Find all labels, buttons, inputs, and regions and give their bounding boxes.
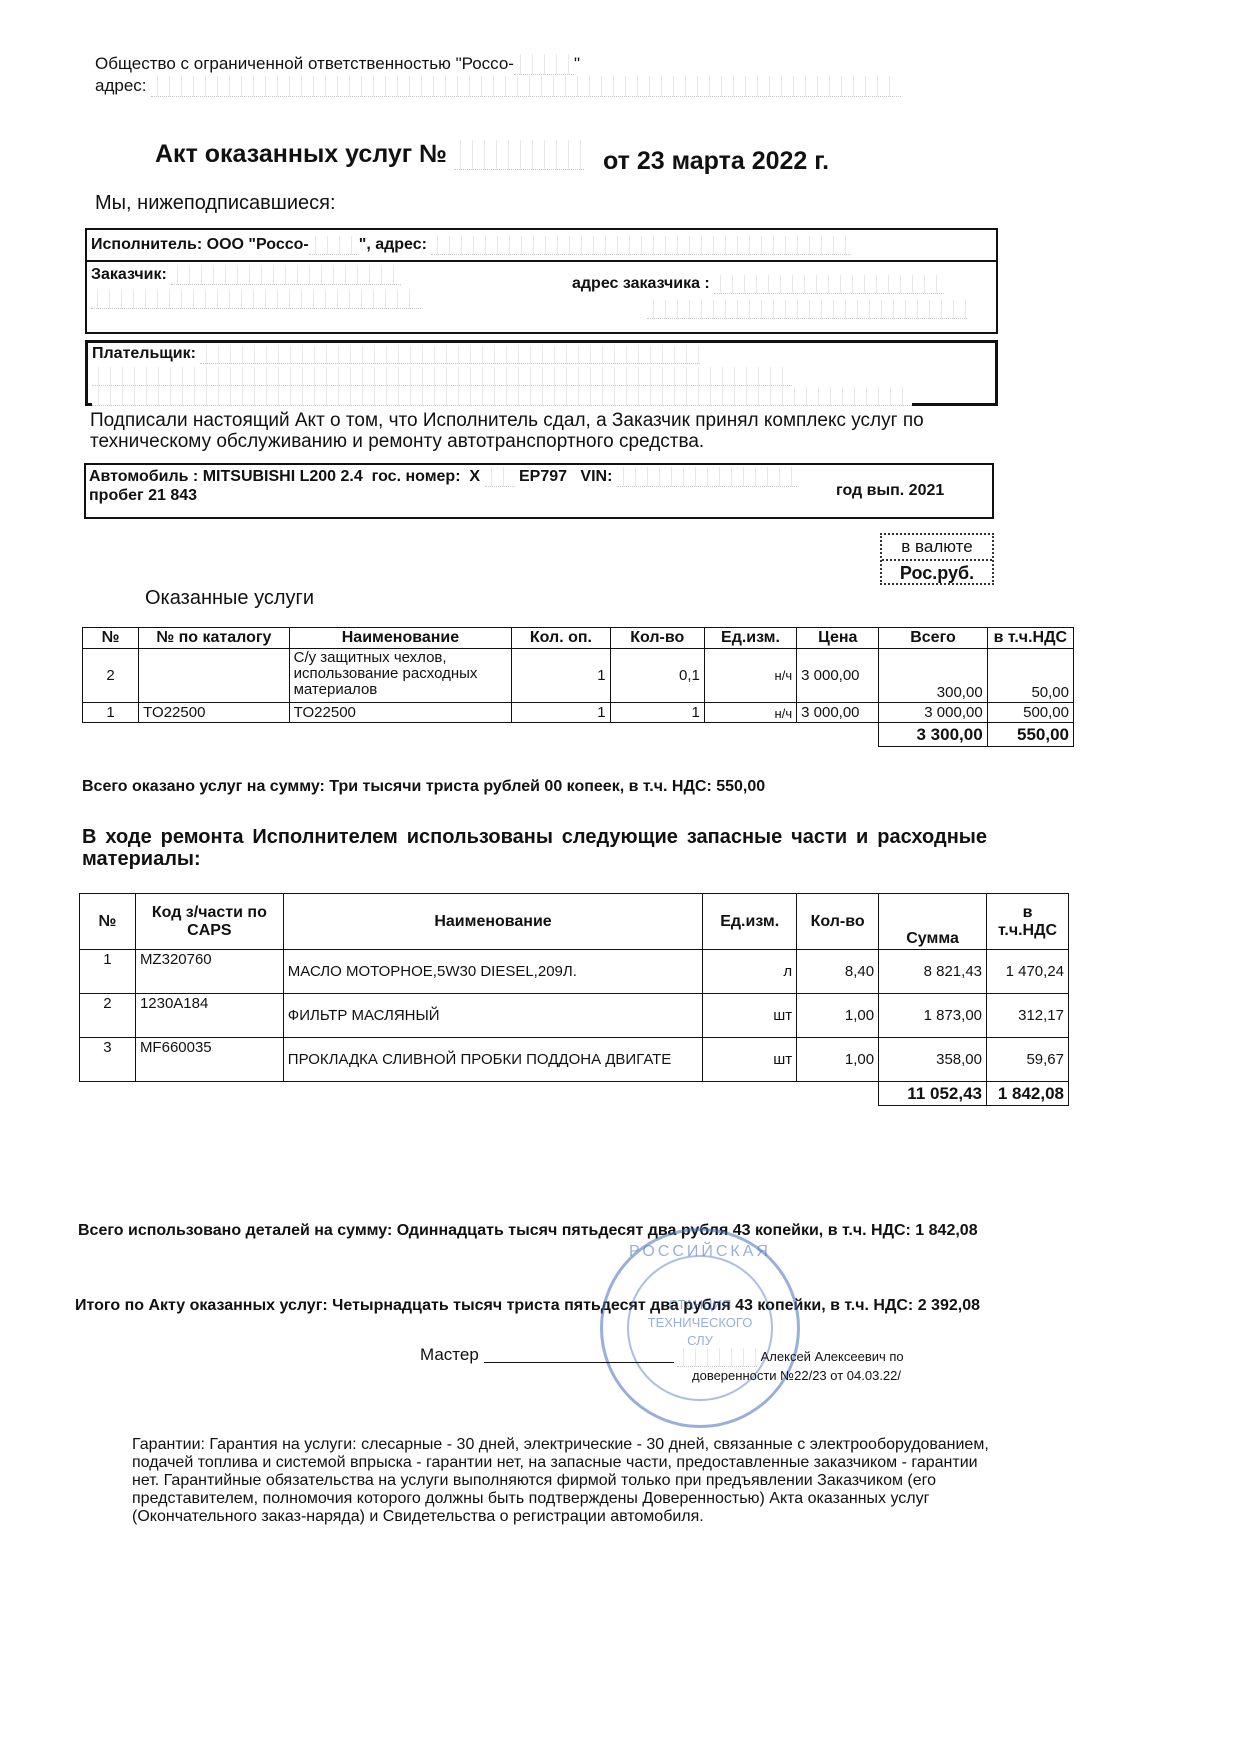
col-price: Цена xyxy=(797,628,879,649)
signature-role: Мастер xyxy=(420,1345,479,1365)
parts-summary: Всего использовано деталей на сумму: Оди… xyxy=(78,1222,978,1240)
company-name-line: Общество с ограниченной ответственностью… xyxy=(95,54,580,75)
stamp-arc-text: РОССИЙСКАЯ xyxy=(603,1243,797,1261)
document-date: от 23 марта 2022 г. xyxy=(603,147,829,176)
company-stamp: РОССИЙСКАЯ СТАНЦИЯ ТЕХНИЧЕСКОГО СЛУ xyxy=(600,1228,800,1428)
company-name-close: " xyxy=(574,54,580,73)
services-title: Оказанные услуги xyxy=(145,587,314,610)
col-vat: в т.ч.НДС xyxy=(987,628,1073,649)
currency-box: в валюте Рос.руб. xyxy=(880,533,994,585)
customer-row: Заказчик: x xyxy=(91,266,401,285)
row-sum: 358,00 xyxy=(879,1038,987,1082)
table-row: 3 MF660035 ПРОКЛАДКА СЛИВНОЙ ПРОБКИ ПОДД… xyxy=(80,1038,1069,1082)
row-sum: 8 821,43 xyxy=(879,950,987,994)
payer-label: Плательщик: xyxy=(92,345,196,362)
parts-table: № Код з/части по CAPS Наименование Ед.из… xyxy=(79,893,1069,1106)
vehicle-box: Автомобиль : MITSUBISHI L200 2.4 гос. но… xyxy=(84,463,994,519)
vehicle-mileage: пробег 21 843 xyxy=(89,486,197,505)
row-total: 3 000,00 xyxy=(879,703,987,723)
row-name: ФИЛЬТР МАСЛЯНЫЙ xyxy=(283,994,702,1038)
guarantee-text: Гарантии: Гарантия на услуги: слесарные … xyxy=(132,1436,992,1526)
services-sum-total: 3 300,00 xyxy=(879,723,987,747)
row-num: 2 xyxy=(83,649,139,703)
signature-name-block: x Алексей Алексеевич по доверенности №22… xyxy=(677,1348,904,1385)
redacted-address: x xyxy=(151,76,901,97)
redacted-payer: x xyxy=(200,345,700,364)
vehicle-year: год вып. 2021 xyxy=(836,481,944,500)
parts-title: В ходе ремонта Исполнителем использованы… xyxy=(82,826,987,870)
parts-total-row: 11 052,43 1 842,08 xyxy=(80,1082,1069,1106)
services-sum-vat: 550,00 xyxy=(987,723,1073,747)
title-prefix: Акт оказанных услуг № xyxy=(155,140,447,168)
redacted-customer: x xyxy=(171,266,401,285)
grand-total: Итого по Акту оказанных услуг: Четырнадц… xyxy=(75,1297,980,1315)
payer-box: Плательщик: x x x xyxy=(85,340,998,406)
row-total: 300,00 xyxy=(879,649,987,703)
row-sum: 1 873,00 xyxy=(879,994,987,1038)
row-num: 3 xyxy=(80,1038,136,1082)
redacted-surname: x xyxy=(677,1348,757,1367)
col-qty: Кол-во xyxy=(797,894,879,950)
row-catalog: TO22500 xyxy=(139,703,289,723)
services-header-row: № № по каталогу Наименование Кол. оп. Ко… xyxy=(83,628,1074,649)
plate-prefix: Х xyxy=(469,468,480,485)
redacted-plate: x xyxy=(485,467,515,487)
row-qty: 1,00 xyxy=(797,1038,879,1082)
redacted-text: xxxxx xyxy=(514,54,574,75)
vehicle-label: Автомобиль : xyxy=(89,468,198,485)
col-num: № xyxy=(83,628,139,649)
col-vat: в т.ч.НДС xyxy=(987,894,1069,950)
row-code: 1230A184 xyxy=(135,994,283,1038)
col-qty: Кол-во xyxy=(610,628,704,649)
vin-label: VIN: xyxy=(580,468,612,485)
parts-sum-vat: 1 842,08 xyxy=(987,1082,1069,1106)
row-name: TO22500 xyxy=(289,703,512,723)
plate-suffix: ЕР797 xyxy=(519,468,567,485)
col-name: Наименование xyxy=(283,894,702,950)
document-title: Акт оказанных услуг № x xyxy=(155,140,584,170)
col-name: Наименование xyxy=(289,628,512,649)
row-unit: л xyxy=(703,950,797,994)
row-vat: 50,00 xyxy=(987,649,1073,703)
redacted-payer-2: x xyxy=(92,367,792,386)
col-sum: Сумма xyxy=(879,894,987,950)
row-ops: 1 xyxy=(512,703,610,723)
col-catalog: № по каталогу xyxy=(139,628,289,649)
row-vat: 59,67 xyxy=(987,1038,1069,1082)
row-qty: 1 xyxy=(610,703,704,723)
row-vat: 500,00 xyxy=(987,703,1073,723)
parties-box: Исполнитель: ООО "Россо-x", адрес: x Зак… xyxy=(85,228,998,334)
table-row: 2 1230A184 ФИЛЬТР МАСЛЯНЫЙ шт 1,00 1 873… xyxy=(80,994,1069,1038)
signature-name: Алексей Алексеевич по xyxy=(761,1349,904,1364)
customer-row-2: x xyxy=(91,290,421,309)
col-code: Код з/части по CAPS xyxy=(135,894,283,950)
signature-proxy: доверенности №22/23 от 04.03.22/ xyxy=(692,1368,901,1383)
vehicle-model: MITSUBISHI L200 2.4 xyxy=(203,468,363,485)
services-total-row: 3 300,00 550,00 xyxy=(83,723,1074,747)
redacted-customer-address: x xyxy=(714,275,944,294)
redacted-text: x xyxy=(309,236,359,255)
row-name: С/у защитных чехлов, использование расхо… xyxy=(289,649,512,703)
row-num: 1 xyxy=(83,703,139,723)
row-num: 1 xyxy=(80,950,136,994)
col-ops: Кол. оп. xyxy=(512,628,610,649)
row-unit: н/ч xyxy=(704,649,796,703)
col-num: № xyxy=(80,894,136,950)
redacted-vin: x xyxy=(617,467,797,487)
intro-text: Мы, нижеподписавшиеся: xyxy=(95,192,336,215)
table-row: 2 С/у защитных чехлов, использование рас… xyxy=(83,649,1074,703)
row-qty: 8,40 xyxy=(797,950,879,994)
row-unit: н/ч xyxy=(704,703,796,723)
row-code: MZ320760 xyxy=(135,950,283,994)
row-qty: 0,1 xyxy=(610,649,704,703)
row-catalog xyxy=(139,649,289,703)
redacted-customer-address-2: x xyxy=(647,300,967,319)
payer-row-2: x xyxy=(92,367,792,386)
row-name: ПРОКЛАДКА СЛИВНОЙ ПРОБКИ ПОДДОНА ДВИГАТЕ xyxy=(283,1038,702,1082)
table-row: 1 TO22500 TO22500 1 1 н/ч 3 000,00 3 000… xyxy=(83,703,1074,723)
executor-row: Исполнитель: ООО "Россо-x", адрес: x xyxy=(87,230,996,262)
redacted-act-number: x xyxy=(454,140,584,170)
redacted-customer-2: x xyxy=(91,290,421,309)
company-name: Общество с ограниченной ответственностью… xyxy=(95,54,514,73)
table-row: 1 MZ320760 МАСЛО МОТОРНОЕ,5W30 DIESEL,20… xyxy=(80,950,1069,994)
currency-label: в валюте xyxy=(882,535,992,559)
currency-value: Рос.руб. xyxy=(882,559,992,585)
executor-address-label: ", адрес: xyxy=(359,236,427,253)
row-vat: 312,17 xyxy=(987,994,1069,1038)
customer-address: адрес заказчика : x xyxy=(572,275,944,294)
row-vat: 1 470,24 xyxy=(987,950,1069,994)
redacted-payer-3: x xyxy=(92,387,912,406)
payer-row: Плательщик: x xyxy=(92,345,700,364)
row-price: 3 000,00 xyxy=(797,703,879,723)
address-label: адрес: xyxy=(95,76,147,95)
row-num: 2 xyxy=(80,994,136,1038)
row-code: MF660035 xyxy=(135,1038,283,1082)
customer-address-2: x xyxy=(647,300,967,319)
plate-label: гос. номер: xyxy=(372,468,461,485)
executor-label: Исполнитель: xyxy=(91,236,202,253)
parts-sum-total: 11 052,43 xyxy=(879,1082,987,1106)
stamp-line-2: ТЕХНИЧЕСКОГО xyxy=(603,1315,797,1330)
redacted-executor-address: x xyxy=(431,236,851,255)
statement-text: Подписали настоящий Акт о том, что Испол… xyxy=(90,410,1000,452)
customer-label: Заказчик: xyxy=(91,266,167,283)
stamp-line-1: СТАНЦИЯ xyxy=(603,1297,797,1312)
row-name: МАСЛО МОТОРНОЕ,5W30 DIESEL,209Л. xyxy=(283,950,702,994)
col-unit: Ед.изм. xyxy=(704,628,796,649)
stamp-line-3: СЛУ xyxy=(603,1333,797,1348)
company-address-line: адрес: x xyxy=(95,76,901,97)
services-table: № № по каталогу Наименование Кол. оп. Ко… xyxy=(82,627,1074,747)
row-qty: 1,00 xyxy=(797,994,879,1038)
col-unit: Ед.изм. xyxy=(703,894,797,950)
row-unit: шт xyxy=(703,994,797,1038)
row-ops: 1 xyxy=(512,649,610,703)
payer-row-3: x xyxy=(92,387,912,406)
row-price: 3 000,00 xyxy=(797,649,879,703)
row-unit: шт xyxy=(703,1038,797,1082)
col-total: Всего xyxy=(879,628,987,649)
executor-name: ООО "Россо- xyxy=(207,236,309,253)
customer-address-label: адрес заказчика : xyxy=(572,275,710,292)
signature-line xyxy=(484,1362,674,1363)
services-summary: Всего оказано услуг на сумму: Три тысячи… xyxy=(82,778,765,796)
parts-header-row: № Код з/части по CAPS Наименование Ед.из… xyxy=(80,894,1069,950)
